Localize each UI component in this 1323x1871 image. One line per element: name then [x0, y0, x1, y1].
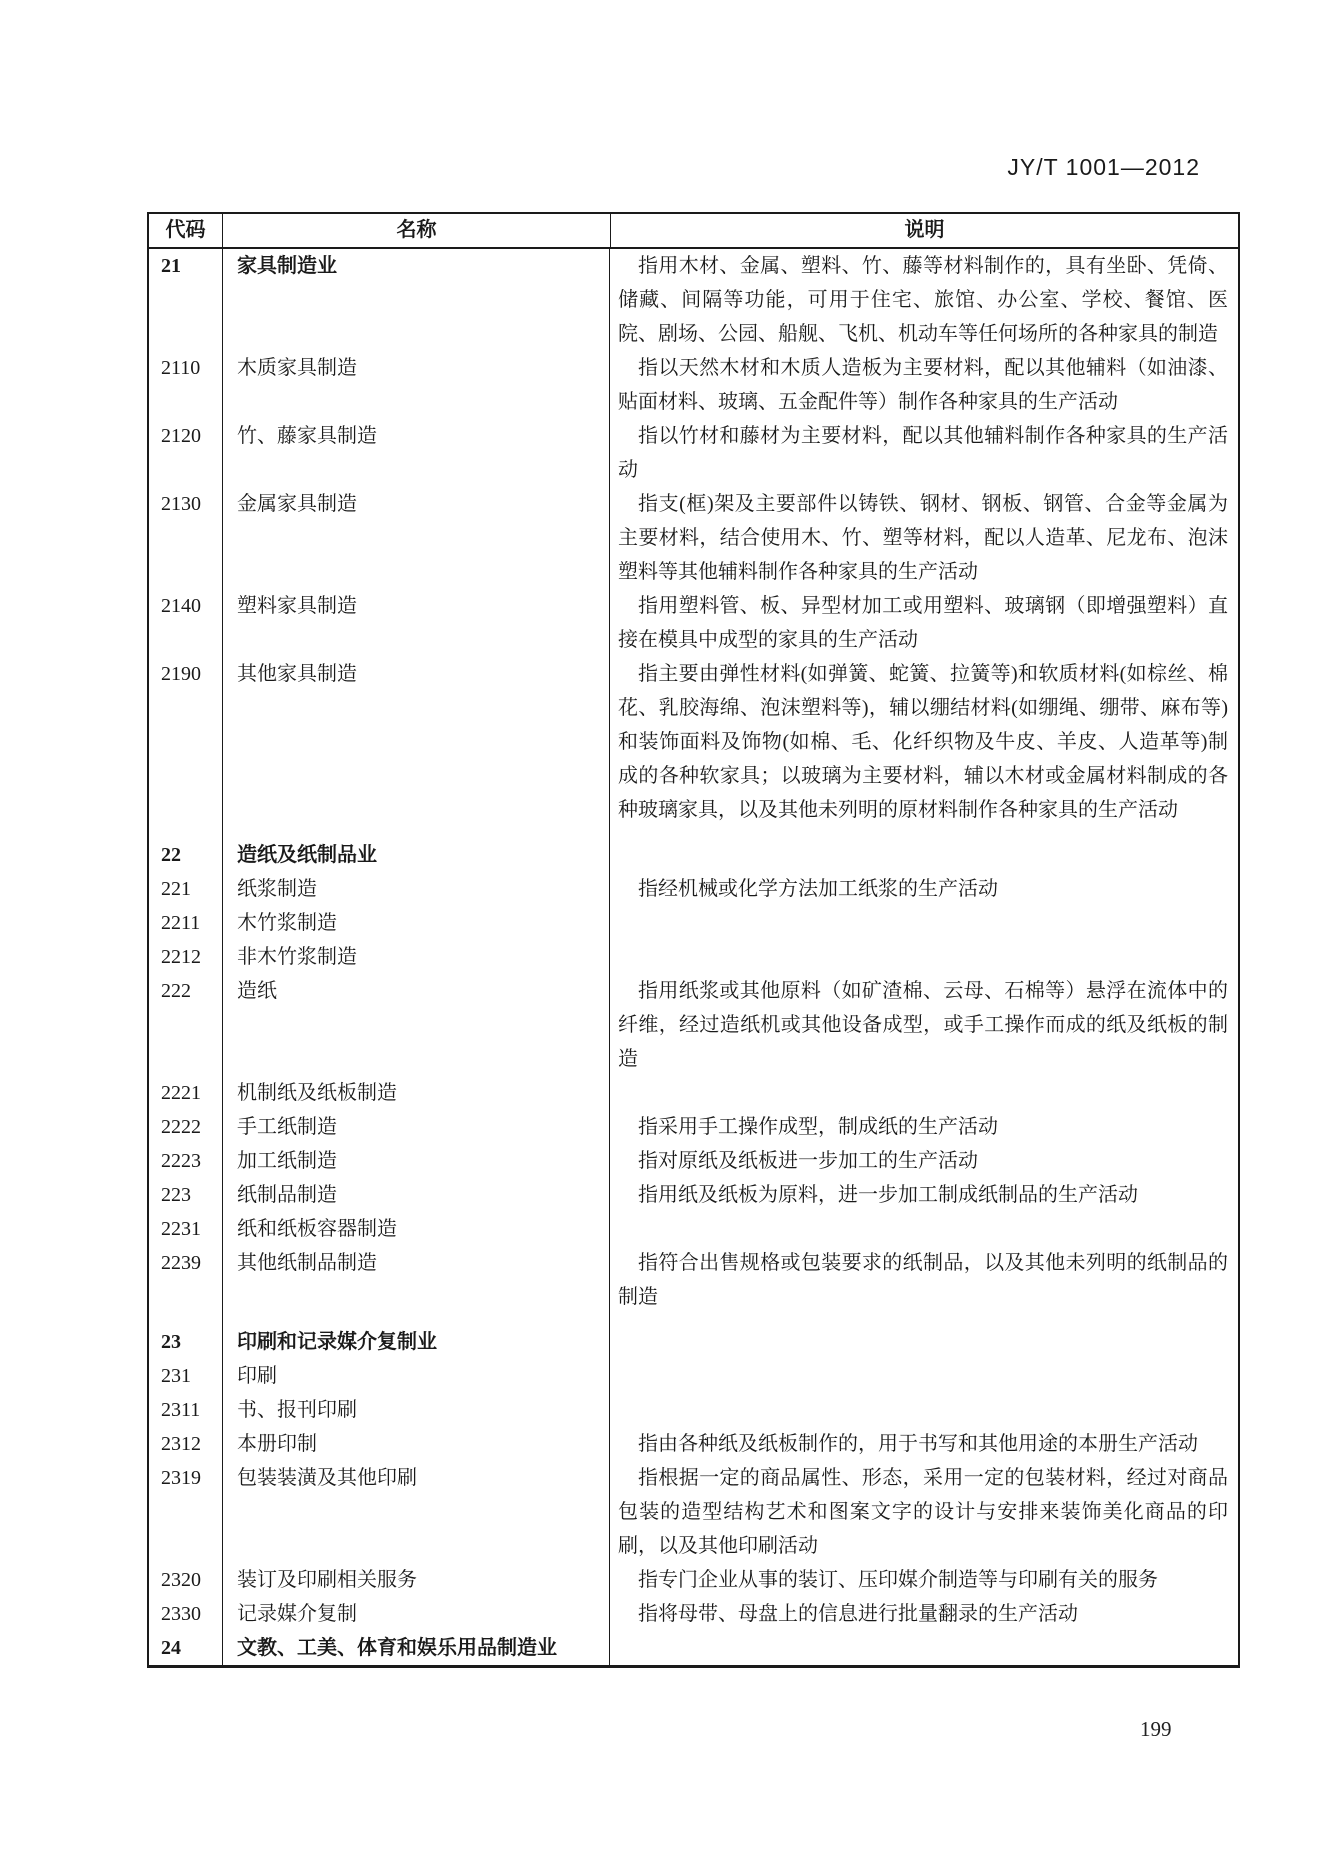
name-cell: 记录媒介复制	[222, 1597, 610, 1631]
name-cell: 塑料家具制造	[222, 589, 610, 657]
description-cell: 指用塑料管、板、异型材加工或用塑料、玻璃钢（即增强塑料）直接在模具中成型的家具的…	[610, 589, 1238, 657]
description-cell: 指根据一定的商品属性、形态，采用一定的包装材料，经过对商品包装的造型结构艺术和图…	[610, 1461, 1238, 1563]
code-cell: 2239	[149, 1246, 222, 1314]
name-cell: 手工纸制造	[222, 1110, 610, 1144]
doc-number: JY/T 1001—2012	[1007, 154, 1200, 181]
description-cell: 指用纸浆或其他原料（如矿渣棉、云母、石棉等）悬浮在流体中的纤维，经过造纸机或其他…	[610, 974, 1238, 1076]
code-cell: 2311	[149, 1393, 222, 1427]
description-cell	[610, 1314, 1238, 1359]
code-cell: 2190	[149, 657, 222, 827]
name-cell: 木质家具制造	[222, 351, 610, 419]
description-cell: 指以天然木材和木质人造板为主要材料，配以其他辅料（如油漆、贴面材料、玻璃、五金配…	[610, 351, 1238, 419]
table-row: 21 家具制造业 指用木材、金属、塑料、竹、藤等材料制作的，具有坐卧、凭倚、储藏…	[149, 249, 1238, 351]
table-row: 223 纸制品制造 指用纸及纸板为原料，进一步加工制成纸制品的生产活动	[149, 1178, 1238, 1212]
description-cell: 指用木材、金属、塑料、竹、藤等材料制作的，具有坐卧、凭倚、储藏、间隔等功能，可用…	[610, 249, 1238, 351]
code-cell: 222	[149, 974, 222, 1076]
header-cell-desc: 说明	[610, 214, 1238, 247]
description-cell	[610, 906, 1238, 940]
code-cell: 2312	[149, 1427, 222, 1461]
table-row: 24 文教、工美、体育和娱乐用品制造业	[149, 1631, 1238, 1665]
name-cell: 纸制品制造	[222, 1178, 610, 1212]
code-cell: 221	[149, 872, 222, 906]
document-page: JY/T 1001—2012 代码 名称 说明 21 家具制造业 指用木材、金属…	[0, 0, 1323, 1871]
name-cell: 竹、藤家具制造	[222, 419, 610, 487]
code-cell: 22	[149, 827, 222, 872]
table-row: 2312 本册印制 指由各种纸及纸板制作的，用于书写和其他用途的本册生产活动	[149, 1427, 1238, 1461]
name-cell: 金属家具制造	[222, 487, 610, 589]
table-row: 2319 包装装潢及其他印刷 指根据一定的商品属性、形态，采用一定的包装材料，经…	[149, 1461, 1238, 1563]
code-cell: 2221	[149, 1076, 222, 1110]
name-cell: 其他家具制造	[222, 657, 610, 827]
name-cell: 文教、工美、体育和娱乐用品制造业	[222, 1631, 610, 1665]
code-cell: 21	[149, 249, 222, 351]
description-cell: 指支(框)架及主要部件以铸铁、钢材、钢板、钢管、合金等金属为主要材料，结合使用木…	[610, 487, 1238, 589]
page-number: 199	[1140, 1717, 1172, 1742]
name-cell: 其他纸制品制造	[222, 1246, 610, 1314]
code-cell: 24	[149, 1631, 222, 1665]
name-cell: 造纸	[222, 974, 610, 1076]
description-cell: 指对原纸及纸板进一步加工的生产活动	[610, 1144, 1238, 1178]
table-row: 2120 竹、藤家具制造 指以竹材和藤材为主要材料，配以其他辅料制作各种家具的生…	[149, 419, 1238, 487]
description-cell: 指以竹材和藤材为主要材料，配以其他辅料制作各种家具的生产活动	[610, 419, 1238, 487]
name-cell: 造纸及纸制品业	[222, 827, 610, 872]
table-row: 2222 手工纸制造 指采用手工操作成型，制成纸的生产活动	[149, 1110, 1238, 1144]
name-cell: 印刷和记录媒介复制业	[222, 1314, 610, 1359]
table-row: 2211 木竹浆制造	[149, 906, 1238, 940]
code-cell: 2223	[149, 1144, 222, 1178]
description-cell	[610, 1212, 1238, 1246]
name-cell: 机制纸及纸板制造	[222, 1076, 610, 1110]
code-cell: 231	[149, 1359, 222, 1393]
name-cell: 木竹浆制造	[222, 906, 610, 940]
description-cell	[610, 1076, 1238, 1110]
name-cell: 纸浆制造	[222, 872, 610, 906]
table-row: 222 造纸 指用纸浆或其他原料（如矿渣棉、云母、石棉等）悬浮在流体中的纤维，经…	[149, 974, 1238, 1076]
table-row: 2320 装订及印刷相关服务 指专门企业从事的装订、压印媒介制造等与印刷有关的服…	[149, 1563, 1238, 1597]
description-cell: 指由各种纸及纸板制作的，用于书写和其他用途的本册生产活动	[610, 1427, 1238, 1461]
table-row: 23 印刷和记录媒介复制业	[149, 1314, 1238, 1359]
table-row: 2190 其他家具制造 指主要由弹性材料(如弹簧、蛇簧、拉簧等)和软质材料(如棕…	[149, 657, 1238, 827]
description-cell	[610, 827, 1238, 872]
name-cell: 非木竹浆制造	[222, 940, 610, 974]
code-cell: 2319	[149, 1461, 222, 1563]
code-cell: 2212	[149, 940, 222, 974]
description-cell: 指符合出售规格或包装要求的纸制品，以及其他未列明的纸制品的制造	[610, 1246, 1238, 1314]
header-cell-name: 名称	[222, 214, 610, 247]
description-cell	[610, 940, 1238, 974]
table-row: 221 纸浆制造 指经机械或化学方法加工纸浆的生产活动	[149, 872, 1238, 906]
name-cell: 纸和纸板容器制造	[222, 1212, 610, 1246]
description-cell	[610, 1393, 1238, 1427]
code-cell: 2231	[149, 1212, 222, 1246]
description-cell: 指专门企业从事的装订、压印媒介制造等与印刷有关的服务	[610, 1563, 1238, 1597]
description-cell: 指主要由弹性材料(如弹簧、蛇簧、拉簧等)和软质材料(如棕丝、棉花、乳胶海绵、泡沫…	[610, 657, 1238, 827]
table-row: 2311 书、报刊印刷	[149, 1393, 1238, 1427]
table-row: 2239 其他纸制品制造 指符合出售规格或包装要求的纸制品，以及其他未列明的纸制…	[149, 1246, 1238, 1314]
code-cell: 2140	[149, 589, 222, 657]
code-cell: 2320	[149, 1563, 222, 1597]
header-cell-code: 代码	[149, 214, 222, 247]
code-cell: 2222	[149, 1110, 222, 1144]
description-cell	[610, 1631, 1238, 1665]
description-cell: 指采用手工操作成型，制成纸的生产活动	[610, 1110, 1238, 1144]
table-header-row: 代码 名称 说明	[149, 214, 1238, 249]
code-cell: 2330	[149, 1597, 222, 1631]
name-cell: 装订及印刷相关服务	[222, 1563, 610, 1597]
code-cell: 2211	[149, 906, 222, 940]
description-cell	[610, 1359, 1238, 1393]
description-cell: 指将母带、母盘上的信息进行批量翻录的生产活动	[610, 1597, 1238, 1631]
description-cell: 指经机械或化学方法加工纸浆的生产活动	[610, 872, 1238, 906]
table-row: 2130 金属家具制造 指支(框)架及主要部件以铸铁、钢材、钢板、钢管、合金等金…	[149, 487, 1238, 589]
name-cell: 印刷	[222, 1359, 610, 1393]
table-row: 2231 纸和纸板容器制造	[149, 1212, 1238, 1246]
table-row: 2223 加工纸制造 指对原纸及纸板进一步加工的生产活动	[149, 1144, 1238, 1178]
table-row: 2110 木质家具制造 指以天然木材和木质人造板为主要材料，配以其他辅料（如油漆…	[149, 351, 1238, 419]
code-cell: 223	[149, 1178, 222, 1212]
description-cell: 指用纸及纸板为原料，进一步加工制成纸制品的生产活动	[610, 1178, 1238, 1212]
table-row: 2221 机制纸及纸板制造	[149, 1076, 1238, 1110]
table-row: 2140 塑料家具制造 指用塑料管、板、异型材加工或用塑料、玻璃钢（即增强塑料）…	[149, 589, 1238, 657]
code-cell: 2130	[149, 487, 222, 589]
name-cell: 书、报刊印刷	[222, 1393, 610, 1427]
name-cell: 家具制造业	[222, 249, 610, 351]
table-row: 22 造纸及纸制品业	[149, 827, 1238, 872]
name-cell: 包装装潢及其他印刷	[222, 1461, 610, 1563]
code-cell: 2110	[149, 351, 222, 419]
name-cell: 加工纸制造	[222, 1144, 610, 1178]
table-body: 21 家具制造业 指用木材、金属、塑料、竹、藤等材料制作的，具有坐卧、凭倚、储藏…	[149, 249, 1238, 1665]
table-row: 231 印刷	[149, 1359, 1238, 1393]
code-cell: 23	[149, 1314, 222, 1359]
table-row: 2212 非木竹浆制造	[149, 940, 1238, 974]
code-cell: 2120	[149, 419, 222, 487]
classification-table: 代码 名称 说明 21 家具制造业 指用木材、金属、塑料、竹、藤等材料制作的，具…	[147, 212, 1240, 1668]
name-cell: 本册印制	[222, 1427, 610, 1461]
table-row: 2330 记录媒介复制 指将母带、母盘上的信息进行批量翻录的生产活动	[149, 1597, 1238, 1631]
